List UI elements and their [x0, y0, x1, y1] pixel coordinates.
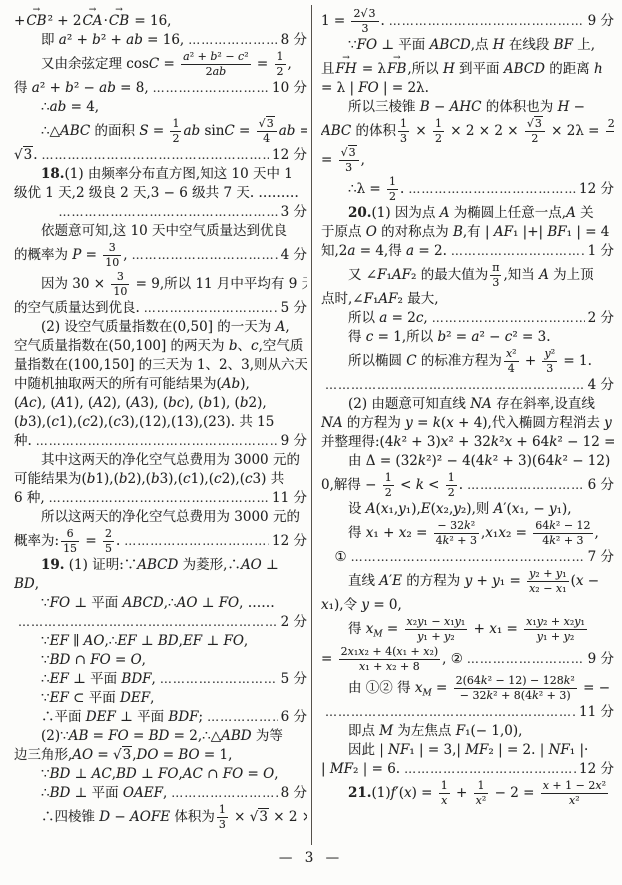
text-line: ①…………………………………………………………………………………………………………	[321, 548, 614, 567]
line-content: ∵FO ⊥ 平面 ABCD,∴AO ⊥ FO, ……	[41, 594, 275, 613]
dot-leader: ……………………………………………………………………………………………………………	[59, 203, 278, 222]
line-content: 所以椭圆 C 的标准方程为x²4 + y²3 = 1.	[348, 347, 592, 376]
text-line: 由 ①② 得 xM = 2(64k² − 12) − 128k²− 32k² +…	[321, 674, 614, 704]
text-line: = √33,	[321, 146, 614, 175]
text-line: 依题意可知,这 10 天中空气质量达到优良	[14, 222, 307, 241]
column-left: +→CB² + 2→CA·→CB = 16,即 a² + b² + ab = 1…	[14, 7, 307, 832]
score-marks: 6 分	[281, 708, 307, 727]
text-line: 得 c = 1,所以 b² = a² − c² = 3.	[321, 328, 614, 347]
dot-leader: ……………………………………………………………………………………………………………	[132, 246, 278, 265]
line-content: 量指数在(100,150] 的三天为 1、2、3,则从六天	[14, 356, 307, 375]
line-content: x₁),令 y = 0,	[321, 596, 402, 615]
score-marks: 9 分	[588, 12, 614, 31]
text-line: 直线 A′E 的方程为 y + y₁ = y₂ + y₁x₂ − x₁(x −	[321, 567, 614, 596]
line-content: 所以三棱锥 B − AHC 的体积也为 H −	[348, 98, 585, 117]
text-line: 所以椭圆 C 的标准方程为x²4 + y²3 = 1.	[321, 347, 614, 376]
line-content: 得 a² + b² − ab = 8,	[14, 79, 149, 98]
line-content: 依题意可知,这 10 天中空气质量达到优良	[41, 222, 287, 241]
text-line: 所以三棱锥 B − AHC 的体积也为 H −	[321, 98, 614, 117]
line-content: ∵FO ⊥ 平面 ABCD,点 H 在线段 BF 上,	[348, 36, 595, 55]
text-line: ∴λ = 12.………………………………………………………………………………………	[321, 175, 614, 204]
line-content: (2) 设空气质量指数在(0,50] 的一天为 A,	[41, 318, 290, 337]
text-line: 所以这两天的净化空气总费用为 3000 元的	[14, 508, 307, 527]
text-line: 可能结果为(b1),(b2),(b3),(c1),(c2),(c3) 共	[14, 470, 307, 489]
text-line: 因为 30 × 310 = 9,所以 11 月中平均有 9 天	[14, 270, 307, 299]
text-line: 知,2a = 4,得 a = 2.………………………………………………………………	[321, 242, 614, 261]
text-line: 19. (1) 证明:∵ABCD 为菱形,∴AO ⊥	[14, 556, 307, 575]
line-content: (2)∵AB = FO = BD = 2,∴△ABD 为等	[41, 727, 283, 746]
text-line: 边三角形,AO = √3,DO = BO = 1,	[14, 746, 307, 765]
line-content: 得 xM = x₂y₁ − x₁y₁y₁ + y₂ + x₁ = x₁y₂ + …	[348, 615, 589, 645]
line-content: 空气质量指数在(50,100] 的两天为 b、c,空气质	[14, 337, 303, 356]
score-marks: 4 分	[588, 376, 614, 395]
score-marks: 10 分	[272, 79, 307, 98]
score-marks: 5 分	[281, 670, 307, 689]
text-line: ∵FO ⊥ 平面 ABCD,点 H 在线段 BF 上,	[321, 36, 614, 55]
dot-leader: ……………………………………………………………………………………………………………	[144, 299, 278, 318]
dot-leader: ……………………………………………………………………………………………………………	[188, 31, 277, 50]
text-line: 20.(1) 因为点 A 为椭圆上任意一点,A 关	[321, 204, 614, 223]
text-line: | MF₂ | = 6.……………………………………………………………………………	[321, 760, 614, 779]
text-line: 18.(1) 由频率分布直方图,知这 10 天中 1	[14, 165, 307, 184]
dot-leader: ……………………………………………………………………………………………………………	[207, 708, 278, 727]
line-content: 所以 a = 2c,	[348, 309, 428, 328]
text-line: 空气质量指数在(50,100] 的两天为 b、c,空气质	[14, 337, 307, 356]
line-content: 知,2a = 4,得 a = 2.	[321, 242, 447, 261]
score-marks: 1 分	[588, 242, 614, 261]
line-content: 又由余弦定理 cosC = a² + b² − c²2ab = 12,	[41, 50, 292, 79]
line-content: BD,	[14, 575, 39, 594]
text-line: 由 Δ = (32k²)² − 4(4k² + 3)(64k² − 12) >	[321, 452, 614, 471]
dot-leader: ……………………………………………………………………………………………………………	[467, 476, 585, 495]
line-content: 21.(1)f′(x) = 1x + 1x² − 2 = x + 1 − 2x²…	[348, 779, 610, 808]
line-content: 级优 1 天,2 级良 2 天,3 − 6 级共 7 天. ………	[14, 184, 299, 203]
line-content: 因此 | NF₁ | = 3,| MF₂ | = 2. | NF₁ |·	[348, 741, 588, 760]
line-content: ∵BD ⊥ AC,BD ⊥ FO,AC ∩ FO = O,	[41, 765, 279, 784]
score-marks: 5 分	[281, 299, 307, 318]
line-content: 并整理得:(4k² + 3)x² + 32k²x + 64k² − 12 = 0…	[321, 433, 614, 452]
dot-leader: ……………………………………………………………………………………………………………	[36, 432, 278, 451]
line-content: 中随机抽取两天的所有可能结果为(Ab),	[14, 375, 250, 394]
dot-leader: ……………………………………………………………………………………………………………	[153, 79, 269, 98]
score-marks: 3 分	[281, 203, 307, 222]
line-content: 即 a² + b² + ab = 16,	[41, 31, 184, 50]
text-line: 即 a² + b² + ab = 16,………………………………………………………	[14, 31, 307, 50]
line-content: 6 种,	[14, 489, 45, 508]
text-line: ∴BD ⊥ 平面 OAEF,………………………………………………………………………	[14, 784, 307, 803]
line-content: ∴ab = 4,	[41, 98, 99, 117]
line-content: 直线 A′E 的方程为 y + y₁ = y₂ + y₁x₂ − x₁(x −	[348, 567, 599, 596]
line-content: 得 c = 1,所以 b² = a² − c² = 3.	[348, 328, 551, 347]
dot-leader: ……………………………………………………………………………………………………………	[389, 12, 585, 31]
dot-leader: ……………………………………………………………………………………………………………	[467, 650, 585, 669]
score-marks: 12 分	[579, 180, 614, 199]
text-line: √3.……………………………………………………………………………………………………	[14, 146, 307, 165]
line-content: √3.	[14, 146, 38, 165]
dot-leader: ……………………………………………………………………………………………………………	[404, 760, 576, 779]
line-content: 概率为:615 = 25.	[14, 527, 120, 556]
text-line: 得 xM = x₂y₁ − x₁y₁y₁ + y₂ + x₁ = x₁y₂ + …	[321, 615, 614, 645]
dot-leader: ……………………………………………………………………………………………………………	[124, 532, 269, 551]
text-line: x₁),令 y = 0,	[321, 596, 614, 615]
line-content: (2) 由题意可知直线 NA 存在斜率,设直线	[348, 395, 595, 414]
text-line: ∴平面 DEF ⊥ 平面 BDF;………………………………………………………………	[14, 708, 307, 727]
text-line: 点时,∠F₁AF₂ 最大,	[321, 290, 614, 309]
text-line: (2)∵AB = FO = BD = 2,∴△ABD 为等	[14, 727, 307, 746]
text-line: BD,	[14, 575, 307, 594]
line-content: ∴四棱锥 D − AOFE 体积为13 × √3 × 2 ×	[41, 803, 307, 832]
dot-leader: ……………………………………………………………………………………………………………	[18, 613, 278, 632]
line-content: 且→FH = λ→FB,所以 H 到平面 ABCD 的距离 h	[321, 55, 603, 79]
text-line: 得 a² + b² − ab = 8,…………………………………………………………	[14, 79, 307, 98]
text-line: ……………………………………………………………………………………………………………	[14, 203, 307, 222]
text-line: 即点 M 为左焦点 F₁(− 1,0),	[321, 722, 614, 741]
line-content: ∴BD ⊥ 平面 OAEF,	[41, 784, 167, 803]
text-line: 所以 a = 2c,…………………………………………………………………………………	[321, 309, 614, 328]
score-marks: 2 分	[588, 309, 614, 328]
line-content: ∴λ = 12.	[348, 175, 404, 204]
dot-leader: ……………………………………………………………………………………………………………	[351, 548, 585, 567]
line-content: 于原点 O 的对称点为 B,有 | AF₁ |+| BF₁ | = 4	[321, 223, 609, 242]
score-marks: 4 分	[281, 246, 307, 265]
dot-leader: ……………………………………………………………………………………………………………	[325, 703, 576, 722]
line-content: 因为 30 × 310 = 9,所以 11 月中平均有 9 天	[41, 270, 307, 299]
line-content: ①	[335, 548, 347, 567]
text-line: ∴ab = 4,	[14, 98, 307, 117]
dot-leader: ……………………………………………………………………………………………………………	[451, 242, 585, 261]
score-marks: 7 分	[588, 548, 614, 567]
score-marks: 11 分	[272, 489, 307, 508]
score-marks: 11 分	[579, 703, 614, 722]
text-line: 21.(1)f′(x) = 1x + 1x² − 2 = x + 1 − 2x²…	[321, 779, 614, 808]
dot-leader: ……………………………………………………………………………………………………………	[432, 309, 585, 328]
text-line: ∵EF ∥ AO,∴EF ⊥ BD,EF ⊥ FO,	[14, 632, 307, 651]
line-content: 1 = 2√33.	[321, 7, 385, 36]
text-line: 的空气质量达到优良.…………………………………………………………………………………	[14, 299, 307, 318]
line-content: ∴平面 DEF ⊥ 平面 BDF;	[41, 708, 203, 727]
dot-leader: ……………………………………………………………………………………………………………	[325, 376, 585, 395]
score-marks: 12 分	[272, 146, 307, 165]
text-line: 因此 | NF₁ | = 3,| MF₂ | = 2. | NF₁ |·	[321, 741, 614, 760]
page-number: — 3 —	[0, 849, 622, 868]
score-marks: 2 分	[281, 613, 307, 632]
line-content: = √33,	[321, 146, 365, 175]
text-line: ∵BD ∩ FO = O,	[14, 651, 307, 670]
text-line: 6 种,…………………………………………………………………………………………………	[14, 489, 307, 508]
score-marks: 8 分	[281, 31, 307, 50]
dot-leader: ……………………………………………………………………………………………………………	[160, 670, 278, 689]
text-line: 概率为:615 = 25.…………………………………………………………………………	[14, 527, 307, 556]
line-content: ∴EF ⊥ 平面 BDF,	[41, 670, 156, 689]
text-line: ……………………………………………………………………………………………………………	[321, 703, 614, 722]
column-right: 1 = 2√33.……………………………………………………………………………………	[321, 7, 614, 808]
line-content: ∴△ABC 的面积 S = 12ab sinC = √34ab =	[41, 117, 307, 146]
text-line: ∵EF ⊂ 平面 DEF,	[14, 689, 307, 708]
score-marks: 9 分	[588, 650, 614, 669]
text-line: NA 的方程为 y = k(x + 4),代入椭圆方程消去 y	[321, 414, 614, 433]
line-content: 的空气质量达到优良.	[14, 299, 140, 318]
text-line: 且→FH = λ→FB,所以 H 到平面 ABCD 的距离 h	[321, 55, 614, 79]
text-line: +→CB² + 2→CA·→CB = 16,	[14, 7, 307, 31]
score-marks: 12 分	[579, 760, 614, 779]
dot-leader: ……………………………………………………………………………………………………………	[171, 784, 277, 803]
score-marks: 8 分	[281, 784, 307, 803]
text-line: 量指数在(100,150] 的三天为 1、2、3,则从六天	[14, 356, 307, 375]
text-line: 又由余弦定理 cosC = a² + b² − c²2ab = 12,	[14, 50, 307, 79]
line-content: ∵EF ⊂ 平面 DEF,	[41, 689, 154, 708]
score-marks: 9 分	[281, 432, 307, 451]
text-line: ∵BD ⊥ AC,BD ⊥ FO,AC ∩ FO = O,	[14, 765, 307, 784]
line-content: (Ac), (A1), (A2), (A3), (bc), (b1), (b2)…	[14, 394, 267, 413]
line-content: (b3),(c1),(c2),(c3),(12),(13),(23). 共 15	[14, 413, 274, 432]
text-line: ∵FO ⊥ 平面 ABCD,∴AO ⊥ FO, ……	[14, 594, 307, 613]
text-line: 0,解得 − 12 < k < 12.…………………………………………………………	[321, 471, 614, 500]
text-line: 级优 1 天,2 级良 2 天,3 − 6 级共 7 天. ………	[14, 184, 307, 203]
text-line: 得 x₁ + x₂ = − 32k²4k² + 3,x₁x₂ = 64k² − …	[321, 519, 614, 548]
text-line: 于原点 O 的对称点为 B,有 | AF₁ |+| BF₁ | = 4	[321, 223, 614, 242]
line-content: | MF₂ | = 6.	[321, 760, 400, 779]
text-line: ……………………………………………………………………………………………………………	[321, 376, 614, 395]
line-content: NA 的方程为 y = k(x + 4),代入椭圆方程消去 y	[321, 414, 612, 433]
line-content: 0,解得 − 12 < k < 12.	[321, 471, 463, 500]
text-line: ∴四棱锥 D − AOFE 体积为13 × √3 × 2 ×	[14, 803, 307, 832]
text-line: (2) 设空气质量指数在(0,50] 的一天为 A,	[14, 318, 307, 337]
text-line: ……………………………………………………………………………………………………………	[14, 613, 307, 632]
text-line: = λ | FO | = 2λ.	[321, 79, 614, 98]
line-content: 由 Δ = (32k²)² − 4(4k² + 3)(64k² − 12) >	[348, 452, 614, 471]
line-content: = 2x₁x₂ + 4(x₁ + x₂)x₁ + x₂ + 8, ②	[321, 645, 463, 674]
line-content: 种.	[14, 432, 32, 451]
line-content: 可能结果为(b1),(b2),(b3),(c1),(c2),(c3) 共	[14, 470, 284, 489]
text-line: 又 ∠F₁AF₂ 的最大值为π3,知当 A 为上顶	[321, 261, 614, 290]
dot-leader: ……………………………………………………………………………………………………………	[49, 489, 269, 508]
text-line: 中随机抽取两天的所有可能结果为(Ab),	[14, 375, 307, 394]
text-line: (Ac), (A1), (A2), (A3), (bc), (b1), (b2)…	[14, 394, 307, 413]
line-content: 点时,∠F₁AF₂ 最大,	[321, 290, 439, 309]
text-line: 种.………………………………………………………………………………………………………	[14, 432, 307, 451]
text-line: 的概率为 P = 310,…………………………………………………………………………	[14, 241, 307, 270]
column-divider	[311, 5, 312, 845]
text-line: (b3),(c1),(c2),(c3),(12),(13),(23). 共 15	[14, 413, 307, 432]
text-line: (2) 由题意可知直线 NA 存在斜率,设直线	[321, 395, 614, 414]
line-content: 又 ∠F₁AF₂ 的最大值为π3,知当 A 为上顶	[348, 261, 594, 290]
text-line: 并整理得:(4k² + 3)x² + 32k²x + 64k² − 12 = 0…	[321, 433, 614, 452]
line-content: 边三角形,AO = √3,DO = BO = 1,	[14, 746, 232, 765]
line-content: ∵BD ∩ FO = O,	[41, 651, 146, 670]
dot-leader: ……………………………………………………………………………………………………………	[42, 146, 270, 165]
line-content: ABC 的体积13 × 12 × 2 × 2 × √32 × 2λ = 2√3λ…	[321, 117, 614, 146]
text-line: ∴EF ⊥ 平面 BDF,…………………………………………………………………………	[14, 670, 307, 689]
text-line: ∴△ABC 的面积 S = 12ab sinC = √34ab =	[14, 117, 307, 146]
line-content: 19. (1) 证明:∵ABCD 为菱形,∴AO ⊥	[41, 556, 279, 575]
text-line: 其中这两天的净化空气总费用为 3000 元的	[14, 451, 307, 470]
text-line: 设 A(x₁,y₁),E(x₂,y₂),则 A′(x₁, − y₁),	[321, 500, 614, 519]
score-marks: 12 分	[272, 532, 307, 551]
line-content: 由 ①② 得 xM = 2(64k² − 12) − 128k²− 32k² +…	[348, 674, 614, 704]
line-content: 20.(1) 因为点 A 为椭圆上任意一点,A 关	[348, 204, 594, 223]
line-content: 的概率为 P = 310,	[14, 241, 128, 270]
line-content: +→CB² + 2→CA·→CB = 16,	[14, 7, 171, 31]
text-line: ABC 的体积13 × 12 × 2 × 2 × √32 × 2λ = 2√3λ…	[321, 117, 614, 146]
line-content: 18.(1) 由频率分布直方图,知这 10 天中 1	[41, 165, 293, 184]
line-content: 其中这两天的净化空气总费用为 3000 元的	[41, 451, 300, 470]
score-marks: 6 分	[588, 476, 614, 495]
line-content: = λ | FO | = 2λ.	[321, 79, 429, 98]
dot-leader: ……………………………………………………………………………………………………………	[408, 180, 576, 199]
text-line: 1 = 2√33.……………………………………………………………………………………	[321, 7, 614, 36]
line-content: 设 A(x₁,y₁),E(x₂,y₂),则 A′(x₁, − y₁),	[348, 500, 572, 519]
text-line: = 2x₁x₂ + 4(x₁ + x₂)x₁ + x₂ + 8, ②…………………	[321, 645, 614, 674]
line-content: 得 x₁ + x₂ = − 32k²4k² + 3,x₁x₂ = 64k² − …	[348, 519, 599, 548]
line-content: ∵EF ∥ AO,∴EF ⊥ BD,EF ⊥ FO,	[41, 632, 248, 651]
answer-sheet-page: +→CB² + 2→CA·→CB = 16,即 a² + b² + ab = 1…	[0, 0, 622, 885]
line-content: 即点 M 为左焦点 F₁(− 1,0),	[348, 722, 522, 741]
line-content: 所以这两天的净化空气总费用为 3000 元的	[41, 508, 300, 527]
